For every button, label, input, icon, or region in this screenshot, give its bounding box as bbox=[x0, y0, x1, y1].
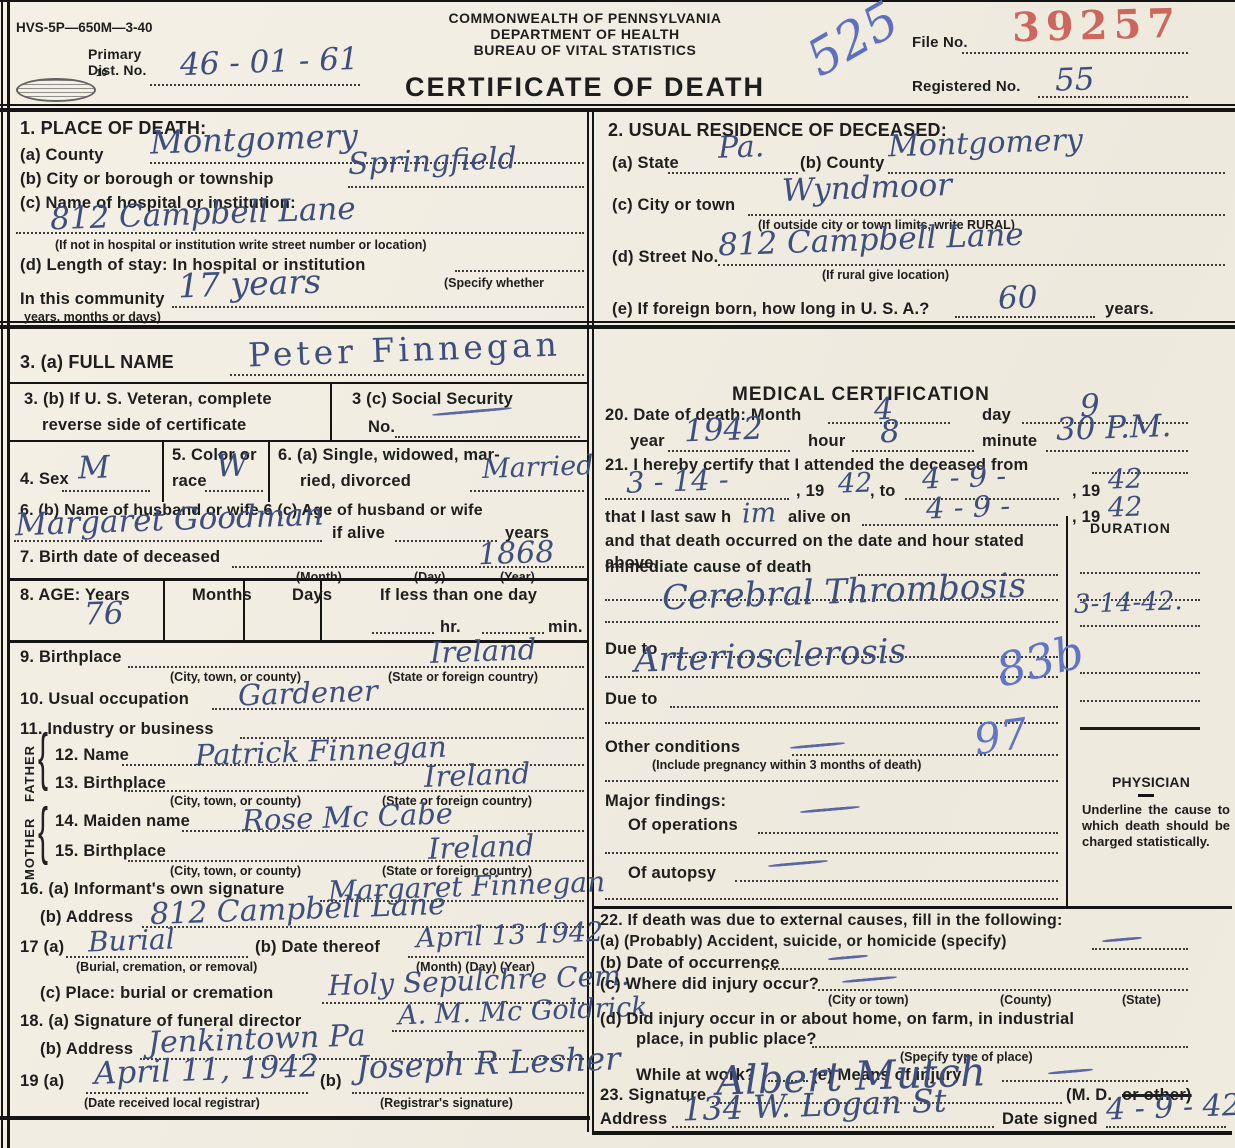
place-note-2: (State or foreign country) bbox=[388, 670, 538, 684]
medical-title: MEDICAL CERTIFICATION bbox=[732, 384, 990, 406]
field-line bbox=[128, 790, 584, 792]
death-hour-value: 8 bbox=[879, 414, 900, 451]
death-day-label: day bbox=[982, 406, 1011, 425]
sex-value: M bbox=[77, 449, 110, 486]
death-hour-label: hour bbox=[808, 432, 845, 451]
field-line bbox=[1046, 450, 1188, 452]
to-label: , to bbox=[870, 482, 896, 501]
field-line bbox=[372, 632, 434, 634]
disposition-label: 17 (a) bbox=[20, 938, 64, 957]
physician-note: Underline the cause to which death shoul… bbox=[1082, 802, 1230, 850]
field-line bbox=[605, 676, 1058, 678]
s22-e-dash bbox=[1048, 1068, 1093, 1075]
file-no-line bbox=[962, 52, 1188, 54]
field-line bbox=[212, 708, 584, 710]
field-line bbox=[862, 524, 1058, 526]
duration-line bbox=[1080, 572, 1200, 574]
s1-county-value: Montgomery bbox=[149, 116, 358, 161]
death-minute-value: 30 P.M. bbox=[1055, 408, 1172, 448]
field-line bbox=[605, 621, 1058, 623]
stamp-note: 10 bbox=[96, 68, 107, 79]
page-top-edge bbox=[0, 0, 1235, 2]
duration-header: DURATION bbox=[1090, 520, 1171, 536]
blue-annotation-525: 525 bbox=[797, 0, 909, 88]
cause-duration-value: 3-14-42. bbox=[1074, 586, 1184, 620]
other-conditions-dash bbox=[790, 742, 845, 750]
s2-county-value: Montgomery bbox=[887, 123, 1083, 165]
field-line bbox=[128, 860, 584, 862]
marital-label-1: 6. (a) Single, widowed, mar- bbox=[278, 446, 500, 465]
ssn-label-2: No. bbox=[368, 418, 395, 437]
field-line bbox=[735, 880, 1058, 882]
s22-a-dash bbox=[1102, 936, 1142, 942]
s1-hospital-note: (If not in hospital or institution write… bbox=[55, 238, 427, 252]
registered-no-line bbox=[1038, 96, 1188, 98]
s2-state-label: (a) State bbox=[612, 154, 679, 173]
disposition-note: (Burial, cremation, or removal) bbox=[76, 960, 257, 974]
other-conditions-note: (Include pregnancy within 3 months of de… bbox=[652, 758, 921, 772]
mother-side-label: MOTHER bbox=[22, 818, 37, 880]
father-brace: { bbox=[38, 723, 48, 794]
field-line bbox=[668, 450, 790, 452]
cell-divider bbox=[330, 382, 332, 442]
field-line bbox=[1002, 1080, 1188, 1082]
last-saw-label-2: alive on bbox=[788, 508, 851, 527]
disposition-value: Burial bbox=[87, 922, 175, 958]
age-days-label: Days bbox=[292, 586, 332, 605]
physician-address-label: Address bbox=[600, 1110, 667, 1129]
disposition-date-label: (b) Date thereof bbox=[255, 938, 380, 957]
left-border-inner bbox=[7, 0, 10, 1148]
attended-from-value: 3 - 14 - bbox=[625, 462, 729, 500]
row-rule bbox=[8, 578, 588, 581]
last-saw-value: 4 - 9 - bbox=[925, 489, 1010, 526]
occupation-label: 10. Usual occupation bbox=[20, 690, 189, 709]
registrar-sig-note: (Registrar's signature) bbox=[380, 1096, 513, 1110]
header-rule-heavy bbox=[0, 108, 1235, 112]
registrar-date-note: (Date received local registrar) bbox=[84, 1096, 260, 1110]
s2-state-value: Pa. bbox=[717, 129, 764, 166]
marital-value: Married bbox=[481, 450, 593, 485]
field-line bbox=[455, 270, 584, 272]
age-less-label: If less than one day bbox=[380, 586, 537, 605]
s2-foreign-value: 60 bbox=[997, 279, 1038, 316]
other-conditions-label: Other conditions bbox=[605, 738, 740, 757]
father-side-label: FATHER bbox=[22, 745, 37, 802]
file-no-stamp: 39257 bbox=[1011, 0, 1181, 51]
primary-label: Primary bbox=[88, 46, 142, 62]
field-line bbox=[605, 898, 1058, 900]
s22-c-note-2: (County) bbox=[1000, 993, 1051, 1007]
autopsy-dash bbox=[768, 859, 828, 867]
s22-c-note-3: (State) bbox=[1122, 993, 1161, 1007]
s22-c-dash bbox=[842, 976, 897, 984]
printer-union-bug bbox=[16, 78, 96, 102]
field-line bbox=[955, 316, 1095, 318]
field-line bbox=[668, 172, 798, 174]
occupation-value: Gardener bbox=[237, 674, 378, 713]
s2-city-label: (c) City or town bbox=[612, 196, 735, 215]
age-years-value: 76 bbox=[83, 595, 124, 632]
findings-label: Major findings: bbox=[605, 792, 726, 811]
field-line bbox=[812, 1046, 1188, 1048]
cell-divider bbox=[162, 440, 164, 502]
field-line bbox=[62, 490, 150, 492]
dist-no-value: 46 - 01 - 61 bbox=[179, 41, 359, 83]
field-line bbox=[230, 374, 584, 376]
last-saw-year: 42 bbox=[1107, 491, 1142, 523]
form-code: HVS-5P—650M—3-40 bbox=[16, 20, 153, 35]
field-line bbox=[392, 1030, 584, 1032]
field-line bbox=[16, 232, 584, 234]
s1-community-label: In this community bbox=[20, 290, 165, 309]
autopsy-label: Of autopsy bbox=[628, 864, 716, 883]
section12-rule-thin bbox=[0, 321, 1235, 323]
bureau-line: BUREAU OF VITAL STATISTICS bbox=[385, 42, 785, 58]
registrar-date-value: April 11, 1942 bbox=[93, 1048, 319, 1092]
header-rule-thin bbox=[0, 104, 1235, 106]
registered-no-label: Registered No. bbox=[912, 78, 1021, 95]
department-line: DEPARTMENT OF HEALTH bbox=[385, 26, 785, 42]
s2-street-note: (If rural give location) bbox=[822, 268, 949, 282]
cell-divider bbox=[268, 440, 270, 502]
field-line bbox=[408, 956, 584, 958]
field-line bbox=[670, 706, 1058, 708]
field-line bbox=[1106, 1126, 1226, 1128]
section22-top-rule bbox=[592, 906, 1232, 909]
row-rule bbox=[8, 440, 588, 442]
s2-street-label: (d) Street No. bbox=[612, 248, 718, 267]
physician-dash bbox=[1138, 794, 1154, 797]
place-note-1: (City, town, or county) bbox=[170, 864, 301, 878]
field-line bbox=[128, 666, 584, 668]
left-border-outer bbox=[1, 0, 3, 1148]
industry-label: 11. Industry or business bbox=[20, 720, 214, 739]
registrar-sig-label: (b) bbox=[320, 1072, 342, 1091]
color-value: W bbox=[215, 447, 248, 484]
s2-foreign-suffix: years. bbox=[1105, 300, 1154, 319]
printed-19-a: , 19 bbox=[796, 482, 824, 501]
s22-d-label-1: (d) Did injury occur in or about home, o… bbox=[600, 1010, 1074, 1029]
full-name-value: Peter Finnegan bbox=[247, 325, 561, 375]
field-line bbox=[205, 490, 263, 492]
color-label-2: race bbox=[172, 472, 207, 491]
registrar-date-label: 19 (a) bbox=[20, 1072, 64, 1091]
document-title: CERTIFICATE OF DEATH bbox=[385, 72, 785, 103]
field-line bbox=[605, 852, 1058, 854]
printed-19-b: , 19 bbox=[1072, 482, 1100, 501]
s1-community-value: 17 years bbox=[177, 262, 321, 306]
date-signed-label: Date signed bbox=[1002, 1110, 1098, 1129]
birthplace-value: Ireland bbox=[429, 632, 536, 670]
row-rule bbox=[8, 382, 588, 384]
veteran-label-2: reverse side of certificate bbox=[42, 416, 246, 435]
operations-dash bbox=[800, 805, 860, 813]
s22-b-dash bbox=[828, 954, 868, 960]
s2-foreign-label: (e) If foreign born, how long in U. S. A… bbox=[612, 300, 930, 319]
field-line bbox=[748, 214, 1225, 216]
field-line bbox=[718, 264, 1225, 266]
registered-no-value: 55 bbox=[1054, 61, 1095, 98]
duration-line-solid bbox=[1080, 727, 1200, 730]
sex-label: 4. Sex bbox=[20, 470, 69, 489]
marital-label-2: ried, divorced bbox=[300, 472, 411, 491]
him-value: im bbox=[741, 497, 776, 529]
s2-city-value: Wyndmoor bbox=[781, 167, 952, 209]
field-line bbox=[758, 832, 1058, 834]
death-year-value: 1942 bbox=[683, 411, 763, 450]
due-to-1-value: Arteriosclerosis bbox=[633, 631, 906, 680]
s22-a-label: (a) (Probably) Accident, suicide, or hom… bbox=[600, 933, 1007, 951]
field-line bbox=[86, 1092, 308, 1094]
field-line bbox=[818, 989, 1188, 991]
duration-divider bbox=[1066, 516, 1068, 906]
field-line bbox=[605, 780, 1058, 782]
field-line bbox=[792, 754, 1058, 756]
ssn-label-1: 3 (c) Social Security bbox=[352, 390, 513, 409]
month-note: (Month) bbox=[296, 570, 342, 584]
dist-no-line bbox=[150, 84, 360, 86]
death-year-label: year bbox=[630, 432, 665, 451]
commonwealth-line: COMMONWEALTH OF PENNSYLVANIA bbox=[385, 10, 785, 26]
disposition-date-value: April 13 1942 bbox=[416, 917, 604, 955]
full-name-label: 3. (a) FULL NAME bbox=[20, 352, 174, 373]
duration-line bbox=[1080, 672, 1200, 674]
min-label: min. bbox=[548, 618, 583, 637]
field-line bbox=[672, 1126, 994, 1128]
stat-code-2: 97 bbox=[971, 709, 1031, 765]
s1-county-label: (a) County bbox=[20, 146, 104, 165]
field-line bbox=[14, 540, 322, 542]
field-line bbox=[348, 186, 584, 188]
day-note: (Day) bbox=[414, 570, 445, 584]
field-line bbox=[66, 956, 248, 958]
right-column-bottom-rule bbox=[592, 1131, 1232, 1135]
due-to-2-label: Due to bbox=[605, 690, 658, 709]
field-line bbox=[232, 566, 584, 568]
alive-label: if alive bbox=[332, 524, 385, 543]
birthdate-label: 7. Birth date of deceased bbox=[20, 548, 220, 567]
year-note: (Year) bbox=[500, 570, 535, 584]
mother-brace: { bbox=[38, 797, 48, 868]
stat-code-1: 83b bbox=[991, 624, 1089, 698]
s1-years-note: years, months or days) bbox=[24, 310, 161, 324]
cell-divider bbox=[163, 580, 165, 640]
mother-maiden-label: 14. Maiden name bbox=[55, 812, 190, 831]
duration-line bbox=[1080, 625, 1200, 627]
birthplace-label: 9. Birthplace bbox=[20, 648, 122, 667]
field-line bbox=[172, 306, 584, 308]
mother-birthplace-label: 15. Birthplace bbox=[55, 842, 166, 861]
age-months-label: Months bbox=[192, 586, 252, 605]
s1-specify-note: (Specify whether bbox=[444, 276, 544, 290]
physician-title: PHYSICIAN bbox=[1112, 774, 1190, 790]
s22-title: 22. If death was due to external causes,… bbox=[600, 912, 1062, 930]
field-line bbox=[395, 436, 580, 438]
section12-rule-heavy bbox=[0, 325, 1235, 329]
operations-label: Of operations bbox=[628, 816, 738, 835]
date-signed-value: 4 - 9 - 42. bbox=[1105, 1087, 1235, 1127]
field-line bbox=[1092, 948, 1188, 950]
registrar-signature: Joseph R Lesher bbox=[355, 1039, 621, 1086]
s22-c-note-1: (City or town) bbox=[828, 993, 909, 1007]
s22-d-label-2: place, in public place? bbox=[636, 1030, 817, 1049]
last-saw-label-1: that I last saw h bbox=[605, 508, 731, 527]
attended-from-year: 42 bbox=[837, 467, 872, 499]
s1-city-label: (b) City or borough or township bbox=[20, 170, 274, 189]
file-no-label: File No. bbox=[912, 34, 968, 51]
physician-address-value: 134 W. Logan St bbox=[681, 1081, 947, 1128]
death-certificate-document: HVS-5P—650M—3-40 Primary Dist. No. 46 - … bbox=[0, 0, 1235, 1148]
duration-line bbox=[1080, 700, 1200, 702]
veteran-label-1: 3. (b) If U. S. Veteran, complete bbox=[24, 390, 272, 409]
father-name-label: 12. Name bbox=[55, 746, 129, 765]
s22-c-label: (c) Where did injury occur? bbox=[600, 975, 819, 994]
s1-city-value: Springfield bbox=[347, 141, 517, 182]
burial-place-label: (c) Place: burial or cremation bbox=[40, 984, 273, 1003]
field-line bbox=[470, 490, 584, 492]
s22-b-label: (b) Date of occurrence bbox=[600, 954, 780, 973]
field-line bbox=[762, 968, 1188, 970]
field-line bbox=[852, 450, 974, 452]
certify-line-3: and that death occurred on the date and … bbox=[605, 532, 1024, 551]
father-birthplace-value: Ireland bbox=[423, 756, 530, 794]
header-agency-block: COMMONWEALTH OF PENNSYLVANIA DEPARTMENT … bbox=[385, 10, 785, 103]
field-line bbox=[352, 1092, 584, 1094]
death-minute-label: minute bbox=[982, 432, 1037, 451]
left-column-bottom-rule bbox=[0, 1116, 590, 1120]
